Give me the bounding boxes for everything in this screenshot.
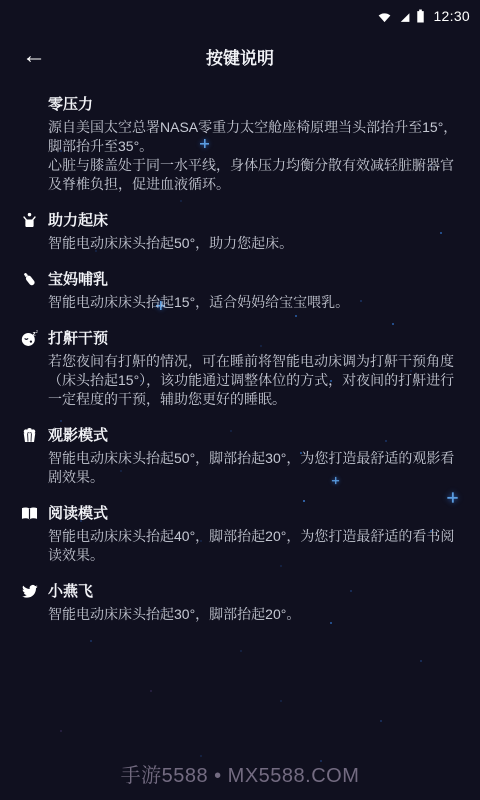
help-section: 零压力 源自美国太空总署NASA零重力太空舱座椅原理当头部抬升至15°，脚部抬升…	[20, 96, 462, 194]
page-title: 按键说明	[0, 44, 480, 69]
open-book-icon	[20, 504, 40, 524]
help-section: 阅读模式 智能电动床床头抬起40°，脚部抬起20°，为您打造最舒适的看书阅读效果…	[20, 505, 462, 565]
section-body: 若您夜间有打鼾的情况，可在睡前将智能电动床调为打鼾干预角度（床头抬起15°），该…	[48, 352, 462, 409]
section-title: 打鼾干预	[48, 330, 462, 348]
section-body: 智能电动床床头抬起15°，适合妈妈给宝宝喂乳。	[48, 293, 462, 312]
section-title: 阅读模式	[48, 505, 462, 523]
section-body-line: 智能电动床床头抬起30°，脚部抬起20°。	[48, 605, 462, 624]
help-section: 助力起床 智能电动床床头抬起50°，助力您起床。	[20, 212, 462, 253]
section-body: 智能电动床床头抬起50°，助力您起床。	[48, 234, 462, 253]
svg-text:z: z	[36, 329, 38, 334]
no-icon	[20, 95, 40, 115]
popcorn-icon	[20, 426, 40, 446]
section-body-line: 心脏与膝盖处于同一水平线，身体压力均衡分散有效减轻脏腑器官及脊椎负担，促进血液循…	[48, 156, 462, 194]
section-title: 助力起床	[48, 212, 462, 230]
section-body-line: 智能电动床床头抬起40°，脚部抬起20°，为您打造最舒适的看书阅读效果。	[48, 527, 462, 565]
help-section: 小燕飞 智能电动床床头抬起30°，脚部抬起20°。	[20, 583, 462, 624]
section-body: 智能电动床床头抬起50°，脚部抬起30°，为您打造最舒适的观影看剧效果。	[48, 449, 462, 487]
section-body: 智能电动床床头抬起40°，脚部抬起20°，为您打造最舒适的看书阅读效果。	[48, 527, 462, 565]
section-title: 零压力	[48, 96, 462, 114]
section-title: 宝妈哺乳	[48, 271, 462, 289]
watermark-text: 手游5588 • MX5588.COM	[0, 759, 480, 788]
section-title: 小燕飞	[48, 583, 462, 601]
help-section: zz 打鼾干预 若您夜间有打鼾的情况，可在睡前将智能电动床调为打鼾干预角度（床头…	[20, 330, 462, 409]
section-body-line: 智能电动床床头抬起15°，适合妈妈给宝宝喂乳。	[48, 293, 462, 312]
battery-icon	[416, 9, 425, 23]
section-title: 观影模式	[48, 427, 462, 445]
section-body: 智能电动床床头抬起30°，脚部抬起20°。	[48, 605, 462, 624]
bird-icon	[20, 582, 40, 602]
baby-bottle-icon	[20, 270, 40, 290]
app-screen: 12:30 ← 按键说明 零压力 源自美国太空总署NASA零重力太空舱座椅原理当…	[0, 0, 480, 800]
wifi-icon	[377, 10, 392, 23]
help-content: 零压力 源自美国太空总署NASA零重力太空舱座椅原理当头部抬升至15°，脚部抬升…	[0, 80, 480, 624]
section-body-line: 智能电动床床头抬起50°，助力您起床。	[48, 234, 462, 253]
snore-face-icon: zz	[20, 329, 40, 349]
status-time: 12:30	[433, 8, 470, 24]
arrow-left-icon: ←	[22, 42, 46, 70]
help-section: 观影模式 智能电动床床头抬起50°，脚部抬起30°，为您打造最舒适的观影看剧效果…	[20, 427, 462, 487]
section-body: 源自美国太空总署NASA零重力太空舱座椅原理当头部抬升至15°，脚部抬升至35°…	[48, 118, 462, 194]
section-body-line: 若您夜间有打鼾的情况，可在睡前将智能电动床调为打鼾干预角度（床头抬起15°），该…	[48, 352, 462, 409]
cell-signal-icon	[397, 10, 411, 23]
help-section: 宝妈哺乳 智能电动床床头抬起15°，适合妈妈给宝宝喂乳。	[20, 271, 462, 312]
wake-up-icon	[20, 211, 40, 231]
status-bar: 12:30	[0, 0, 480, 32]
section-body-line: 智能电动床床头抬起50°，脚部抬起30°，为您打造最舒适的观影看剧效果。	[48, 449, 462, 487]
section-body-line: 源自美国太空总署NASA零重力太空舱座椅原理当头部抬升至15°，脚部抬升至35°…	[48, 118, 462, 156]
app-bar: ← 按键说明	[0, 32, 480, 80]
back-button[interactable]: ←	[14, 36, 54, 76]
